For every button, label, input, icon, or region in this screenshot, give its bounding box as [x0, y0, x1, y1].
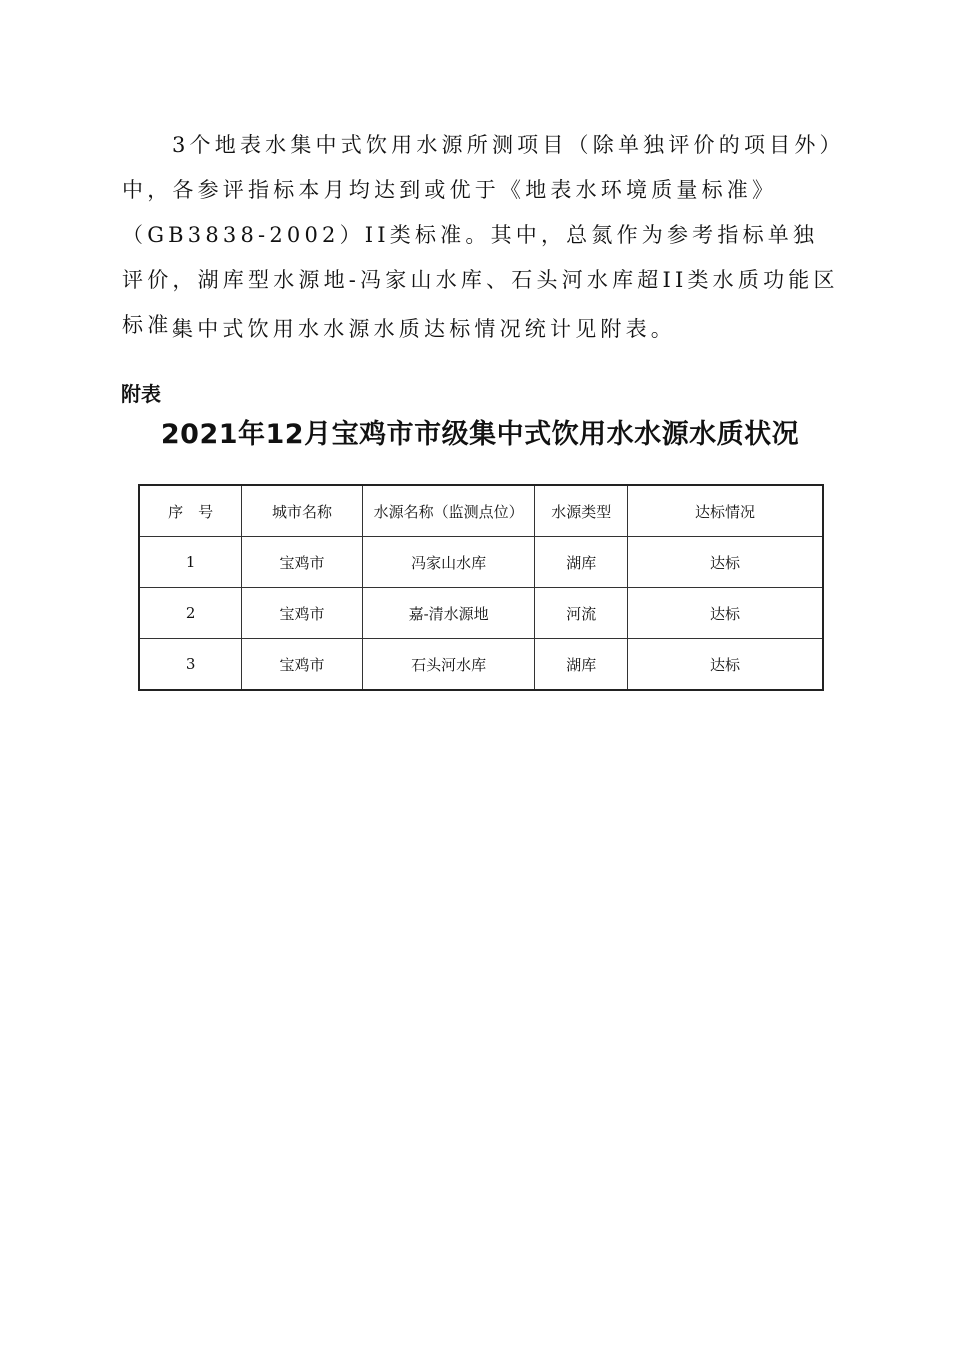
cell-source-name: 嘉-清水源地	[362, 588, 535, 639]
cell-city: 宝鸡市	[242, 639, 363, 691]
body-paragraph-reference: 集中式饮用水水源水质达标情况统计见附表。	[172, 307, 892, 352]
cell-index: 2	[139, 588, 242, 639]
header-source-type: 水源类型	[535, 485, 628, 537]
cell-city: 宝鸡市	[242, 588, 363, 639]
table-header-row: 序 号 城市名称 水源名称（监测点位） 水源类型 达标情况	[139, 485, 823, 537]
cell-compliance: 达标	[628, 537, 823, 588]
attachment-label: 附表	[121, 378, 161, 407]
cell-source-name: 冯家山水库	[362, 537, 535, 588]
cell-index: 3	[139, 639, 242, 691]
cell-compliance: 达标	[628, 588, 823, 639]
cell-source-type: 河流	[535, 588, 628, 639]
water-quality-table: 序 号 城市名称 水源名称（监测点位） 水源类型 达标情况 1 宝鸡市 冯家山水…	[138, 484, 824, 691]
header-index: 序 号	[139, 485, 242, 537]
cell-source-type: 湖库	[535, 639, 628, 691]
cell-compliance: 达标	[628, 639, 823, 691]
table-row: 2 宝鸡市 嘉-清水源地 河流 达标	[139, 588, 823, 639]
header-source-name: 水源名称（监测点位）	[362, 485, 535, 537]
cell-source-name: 石头河水库	[362, 639, 535, 691]
header-city: 城市名称	[242, 485, 363, 537]
cell-city: 宝鸡市	[242, 537, 363, 588]
cell-source-type: 湖库	[535, 537, 628, 588]
table-title: 2021年12月宝鸡市市级集中式饮用水水源水质状况	[0, 412, 960, 451]
table-row: 3 宝鸡市 石头河水库 湖库 达标	[139, 639, 823, 691]
header-compliance: 达标情况	[628, 485, 823, 537]
cell-index: 1	[139, 537, 242, 588]
table-row: 1 宝鸡市 冯家山水库 湖库 达标	[139, 537, 823, 588]
